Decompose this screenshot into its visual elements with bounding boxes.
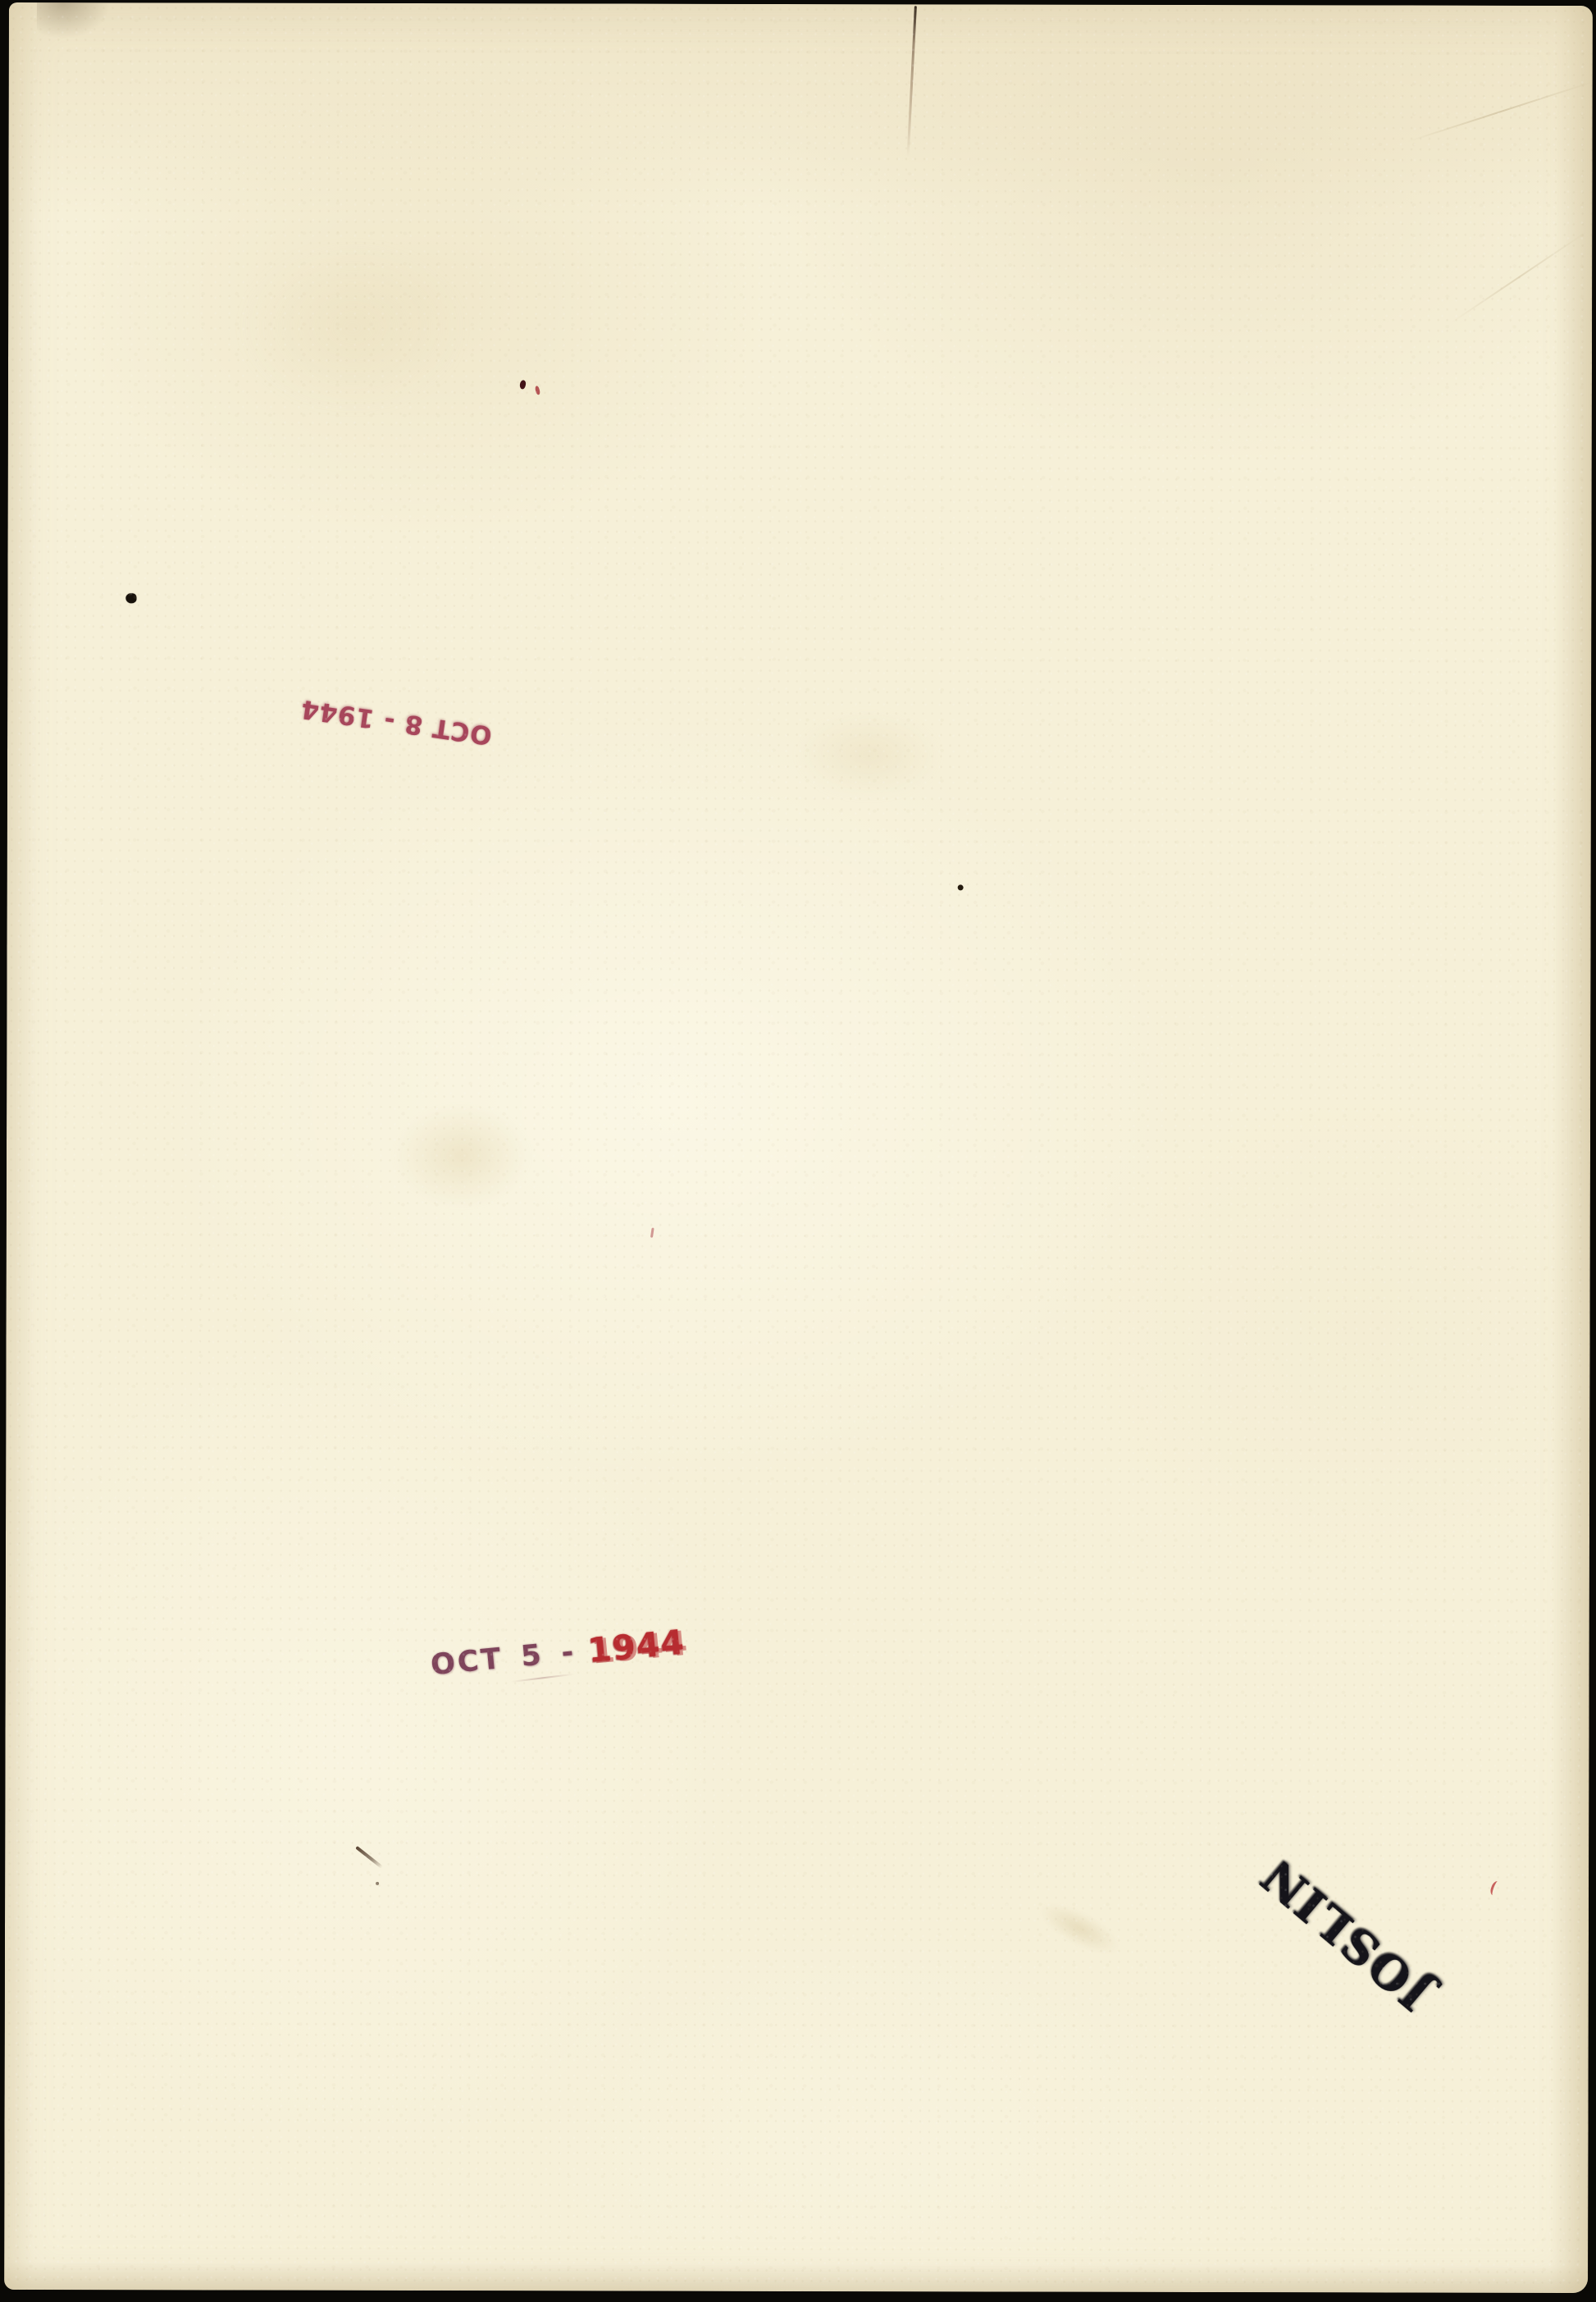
red-ink-mark [650,1227,654,1237]
date-stamp-oct-5-1944: OCT 5 - 1944 [428,1619,658,1692]
red-ink-mark [1489,1880,1502,1897]
paper-stain [795,710,942,800]
date-stamp-prefix: OCT 5 - [429,1636,577,1682]
corner-fold-mark [37,2,112,40]
photo-verso-paper: OCT 8 - 1944 OCT 5 - 1944 JOSLIN [4,2,1593,2293]
fingerprint-smudge [392,1103,531,1209]
ink-speck [519,380,527,390]
faint-crease-line [1407,80,1595,143]
ink-speck [534,386,540,395]
scratch-speck [376,1882,379,1885]
faint-crease-line [1451,231,1588,323]
paper-stain [238,241,467,414]
ink-dot [958,884,964,890]
scratch-mark [355,1846,383,1869]
date-stamp-year: 1944 [586,1622,686,1670]
joslin-name-stamp: JOSLIN [1240,1839,1452,2030]
ink-dot [125,593,136,603]
paper-stain [1032,1893,1127,1964]
date-stamp-oct-8-1944: OCT 8 - 1944 [283,686,509,758]
crease-line [907,6,917,157]
